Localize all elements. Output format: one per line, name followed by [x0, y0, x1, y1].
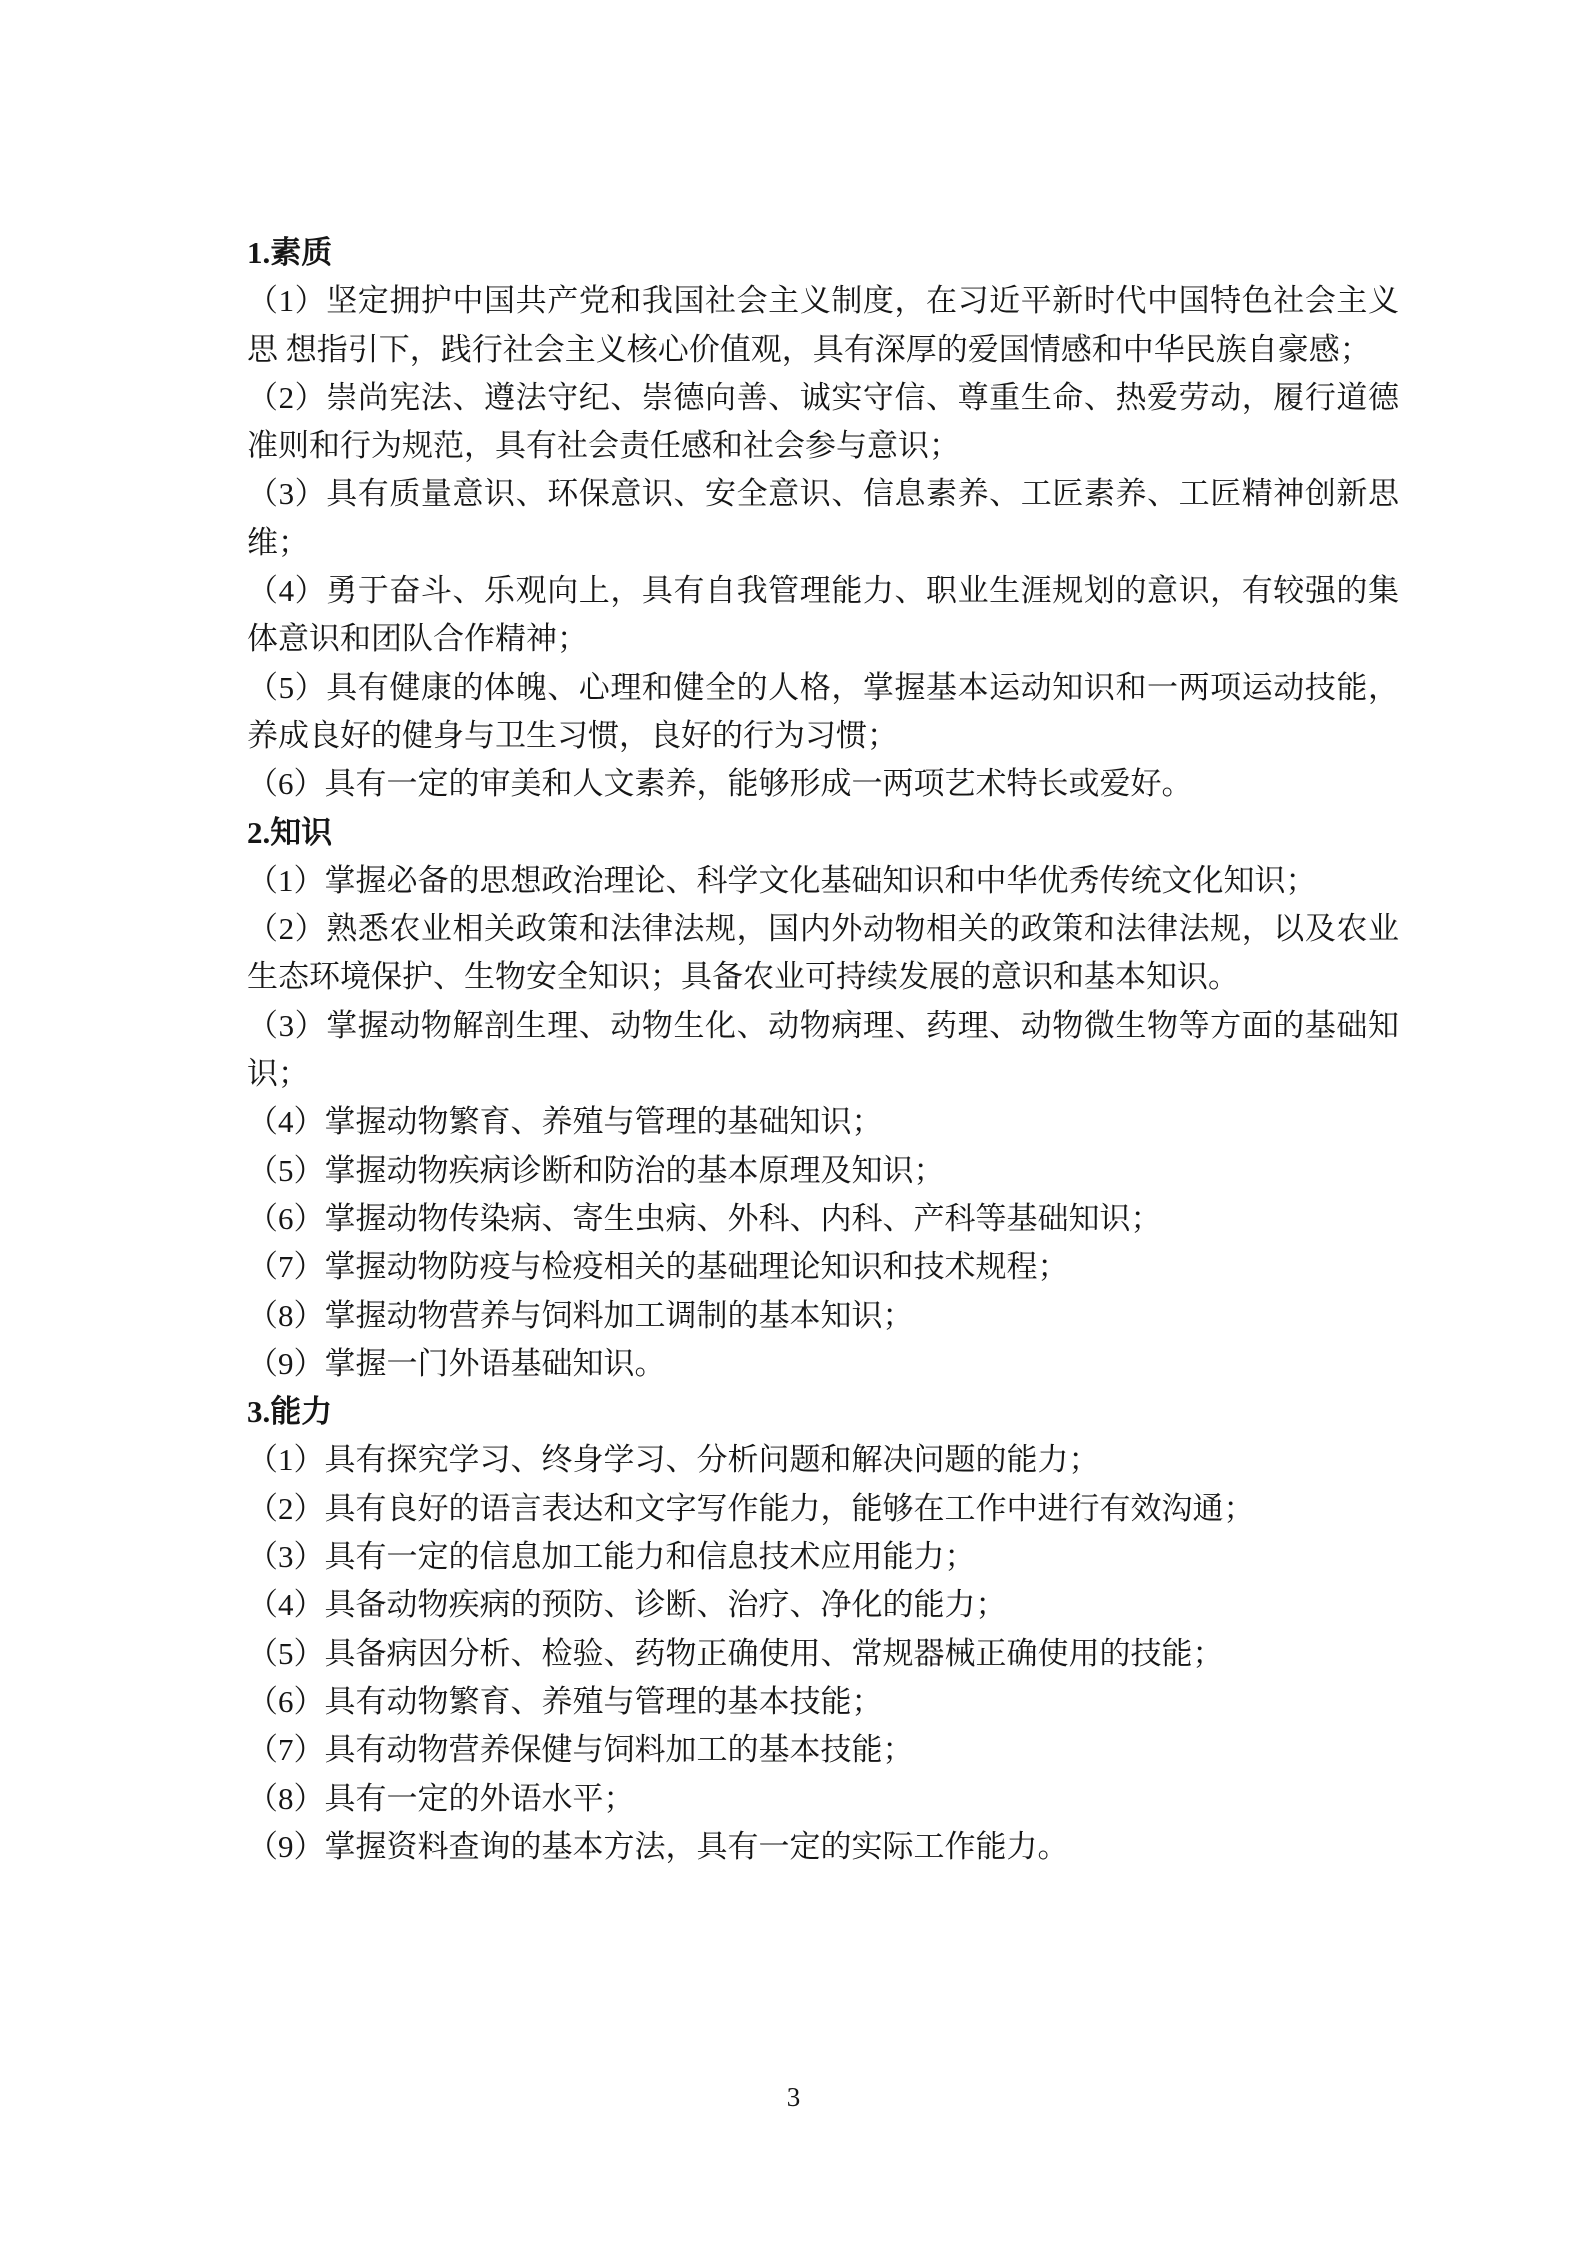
list-item: （8）具有一定的外语水平；: [247, 1775, 1399, 1823]
list-item: （7）具有动物营养保健与饲料加工的基本技能；: [247, 1726, 1399, 1774]
list-item: （5）掌握动物疾病诊断和防治的基本原理及知识；: [247, 1147, 1399, 1195]
list-item: （1）具有探究学习、终身学习、分析问题和解决问题的能力；: [247, 1436, 1399, 1484]
section-heading-ability: 3.能力: [247, 1388, 1399, 1436]
page-number: 3: [0, 2083, 1587, 2113]
list-item: （2）熟悉农业相关政策和法律法规，国内外动物相关的政策和法律法规，以及农业生态环…: [247, 905, 1399, 1002]
list-item: （9）掌握资料查询的基本方法，具有一定的实际工作能力。: [247, 1823, 1399, 1871]
list-item: （3）具有质量意识、环保意识、安全意识、信息素养、工匠素养、工匠精神创新思维；: [247, 470, 1399, 567]
list-item: （3）掌握动物解剖生理、动物生化、动物病理、药理、动物微生物等方面的基础知识；: [247, 1002, 1399, 1099]
list-item: （2）崇尚宪法、遵法守纪、崇德向善、诚实守信、尊重生命、热爱劳动，履行道德准则和…: [247, 374, 1399, 471]
list-item: （9）掌握一门外语基础知识。: [247, 1340, 1399, 1388]
list-item: （7）掌握动物防疫与检疫相关的基础理论知识和技术规程；: [247, 1243, 1399, 1291]
list-item: （6）掌握动物传染病、寄生虫病、外科、内科、产科等基础知识；: [247, 1195, 1399, 1243]
list-item: （5）具备病因分析、检验、药物正确使用、常规器械正确使用的技能；: [247, 1630, 1399, 1678]
list-item: （6）具有动物繁育、养殖与管理的基本技能；: [247, 1678, 1399, 1726]
list-item: （3）具有一定的信息加工能力和信息技术应用能力；: [247, 1533, 1399, 1581]
list-item: （4）掌握动物繁育、养殖与管理的基础知识；: [247, 1098, 1399, 1146]
list-item: （5）具有健康的体魄、心理和健全的人格，掌握基本运动知识和一两项运动技能，养成良…: [247, 664, 1399, 761]
list-item: （4）勇于奋斗、乐观向上，具有自我管理能力、职业生涯规划的意识，有较强的集体意识…: [247, 567, 1399, 664]
list-item: （1）掌握必备的思想政治理论、科学文化基础知识和中华优秀传统文化知识；: [247, 857, 1399, 905]
list-item: （6）具有一定的审美和人文素养，能够形成一两项艺术特长或爱好。: [247, 760, 1399, 808]
list-item: （4）具备动物疾病的预防、诊断、治疗、净化的能力；: [247, 1581, 1399, 1629]
section-heading-knowledge: 2.知识: [247, 809, 1399, 857]
list-item: （8）掌握动物营养与饲料加工调制的基本知识；: [247, 1292, 1399, 1340]
document-page: 1.素质 （1）坚定拥护中国共产党和我国社会主义制度，在习近平新时代中国特色社会…: [0, 0, 1587, 2245]
text-block: 1.素质 （1）坚定拥护中国共产党和我国社会主义制度，在习近平新时代中国特色社会…: [247, 229, 1399, 1871]
list-item: （2）具有良好的语言表达和文字写作能力，能够在工作中进行有效沟通；: [247, 1485, 1399, 1533]
list-item: （1）坚定拥护中国共产党和我国社会主义制度，在习近平新时代中国特色社会主义思 想…: [247, 277, 1399, 374]
section-heading-quality: 1.素质: [247, 229, 1399, 277]
